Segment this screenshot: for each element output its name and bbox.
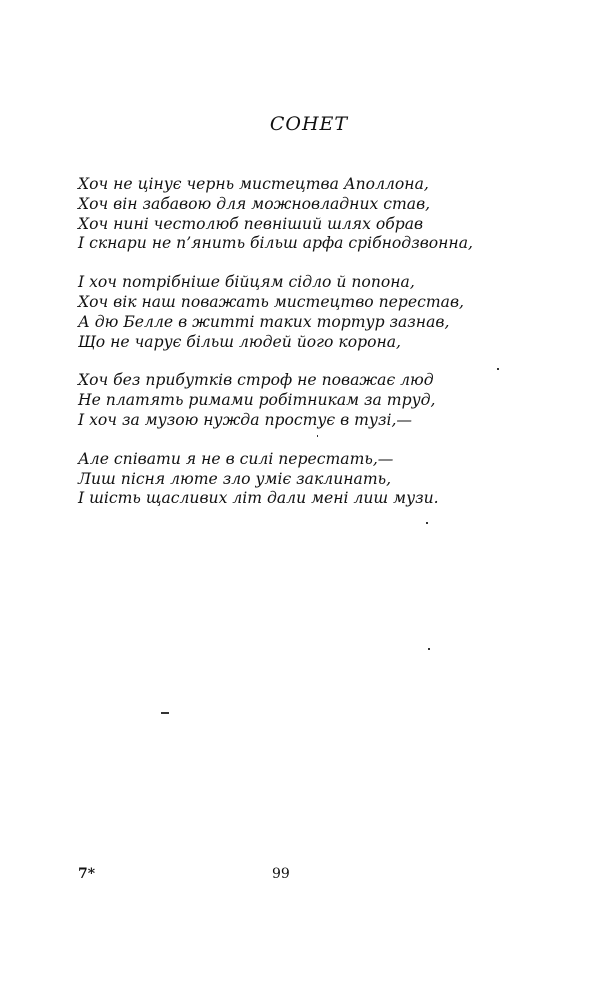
stanza-2: І хоч потрібніше бійцям сідло й попона, …: [78, 273, 473, 352]
poem-line: Але співати я не в силі перестать,—: [78, 450, 473, 470]
poem-title: СОНЕТ: [0, 113, 600, 135]
poem-line: І шість щасливих літ дали мені лиш музи.: [78, 489, 473, 509]
poem-line: А дю Белле в житті таких тортур зазнав,: [78, 313, 473, 333]
poem-line: Хоч вік наш поважать мистецтво перестав,: [78, 293, 473, 313]
signature-mark: 7*: [78, 866, 95, 882]
poem-line: Хоч без прибутків строф не поважає люд: [78, 371, 473, 391]
poem-line: Лиш пісня люте зло уміє заклинать,: [78, 470, 473, 490]
stanza-3: Хоч без прибутків строф не поважає люд Н…: [78, 371, 473, 430]
poem-line: Хоч не цінує чернь мистецтва Аполлона,: [78, 175, 473, 195]
page-number: 99: [272, 866, 290, 882]
poem-line: Не платять римами робітникам за труд,: [78, 391, 473, 411]
stanza-4: Але співати я не в силі перестать,— Лиш …: [78, 450, 473, 509]
print-speck: [426, 522, 428, 524]
poem-body: Хоч не цінує чернь мистецтва Аполлона, Х…: [78, 175, 473, 528]
print-speck: [161, 712, 169, 714]
poem-line: Хоч нині честолюб певніший шлях обрав: [78, 215, 473, 235]
poem-line: Що не чарує більш людей його корона,: [78, 333, 473, 353]
print-speck: [317, 435, 318, 437]
poem-line: Хоч він забавою для можновладних став,: [78, 195, 473, 215]
poem-line: І скнари не п’янить більш арфа срібнодзв…: [78, 234, 473, 254]
print-speck: [497, 368, 499, 370]
print-speck: [428, 648, 430, 650]
poem-line: І хоч потрібніше бійцям сідло й попона,: [78, 273, 473, 293]
stanza-1: Хоч не цінує чернь мистецтва Аполлона, Х…: [78, 175, 473, 254]
poem-line: І хоч за музою нужда простує в тузі,—: [78, 411, 473, 431]
